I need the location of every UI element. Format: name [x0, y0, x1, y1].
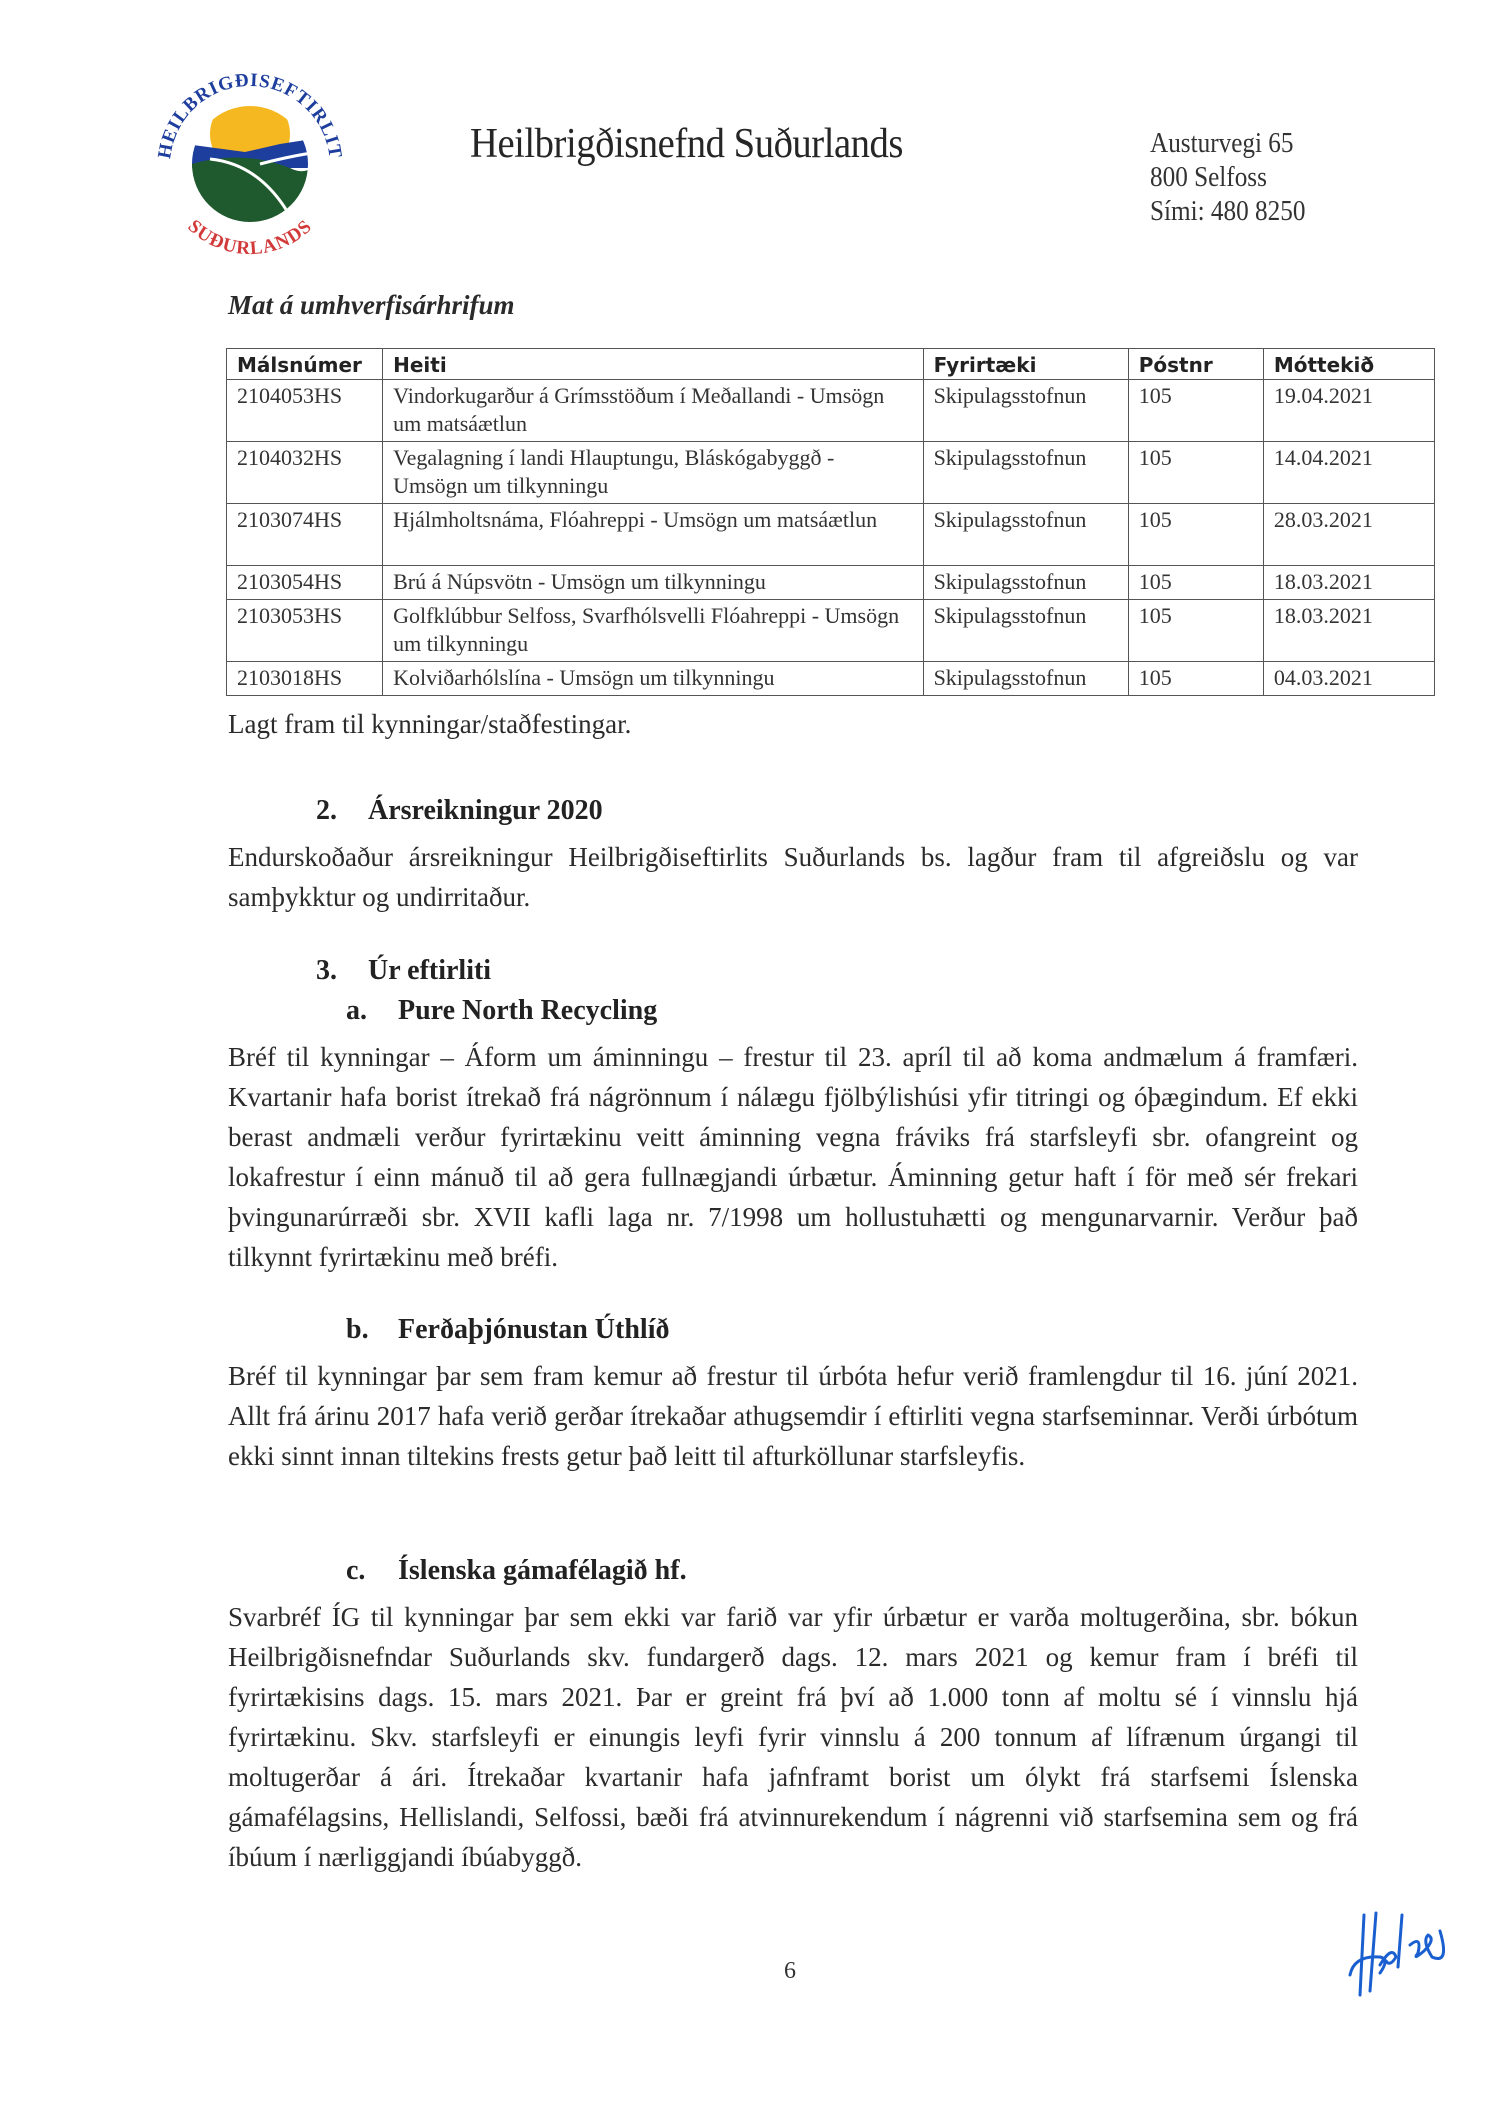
item-2-title: Ársreikningur 2020: [368, 795, 603, 826]
case-title: Golfklúbbur Selfoss, Svarfhólsvelli Flóa…: [383, 600, 923, 662]
item-3c-heading: c.Íslenska gámafélagið hf.: [346, 1555, 687, 1587]
item-3b-body: Bréf til kynningar þar sem fram kemur að…: [228, 1356, 1358, 1476]
case-received-date: 14.04.2021: [1263, 442, 1434, 504]
cases-table: Málsnúmer Heiti Fyrirtæki Póstnr Mótteki…: [226, 348, 1435, 696]
item-2-heading: 2.Ársreikningur 2020: [316, 795, 603, 827]
item-2-body: Endurskoðaður ársreikningur Heilbrigðise…: [228, 837, 1358, 917]
table-note: Lagt fram til kynningar/staðfestingar.: [228, 704, 631, 744]
case-postcode: 105: [1128, 504, 1263, 566]
case-number: 2104053HS: [227, 380, 383, 442]
case-number: 2103074HS: [227, 504, 383, 566]
item-2-number: 2.: [316, 795, 368, 827]
item-3-heading: 3.Úr eftirliti: [316, 955, 491, 987]
item-3a-title: Pure North Recycling: [398, 995, 657, 1026]
item-3a-letter: a.: [346, 995, 398, 1027]
item-3a-heading: a.Pure North Recycling: [346, 995, 657, 1027]
case-received-date: 19.04.2021: [1263, 380, 1434, 442]
table-row: 2104053HS Vindorkugarður á Grímsstöðum í…: [227, 380, 1435, 442]
case-postcode: 105: [1128, 600, 1263, 662]
address-phone: Sími: 480 8250: [1150, 195, 1305, 229]
case-title: Vindorkugarður á Grímsstöðum í Meðalland…: [383, 380, 923, 442]
column-header: Málsnúmer: [227, 349, 383, 380]
item-3b-heading: b.Ferðaþjónustan Úthlíð: [346, 1314, 669, 1346]
case-title: Kolviðarhólslína - Umsögn um tilkynningu: [383, 662, 923, 696]
organization-name: Heilbrigðisnefnd Suðurlands: [470, 120, 903, 168]
column-header: Póstnr: [1128, 349, 1263, 380]
case-title: Vegalagning í landi Hlauptungu, Bláskóga…: [383, 442, 923, 504]
table-row: 2104032HS Vegalagning í landi Hlauptungu…: [227, 442, 1435, 504]
address-street: Austurvegi 65: [1150, 127, 1305, 161]
table-header-row: Málsnúmer Heiti Fyrirtæki Póstnr Mótteki…: [227, 349, 1435, 380]
column-header: Heiti: [383, 349, 923, 380]
page-number: 6: [784, 1958, 796, 1985]
table-row: 2103018HS Kolviðarhólslína - Umsögn um t…: [227, 662, 1435, 696]
case-company: Skipulagsstofnun: [923, 662, 1128, 696]
case-number: 2103053HS: [227, 600, 383, 662]
organization-logo: HEILBRIGÐISEFTIRLIT SUÐURLANDS: [140, 56, 360, 256]
case-received-date: 18.03.2021: [1263, 566, 1434, 600]
case-number: 2103054HS: [227, 566, 383, 600]
column-header: Móttekið: [1263, 349, 1434, 380]
column-header: Fyrirtæki: [923, 349, 1128, 380]
item-3a-body: Bréf til kynningar – Áform um áminningu …: [228, 1037, 1358, 1277]
case-company: Skipulagsstofnun: [923, 566, 1128, 600]
table-row: 2103054HS Brú á Núpsvötn - Umsögn um til…: [227, 566, 1435, 600]
case-company: Skipulagsstofnun: [923, 380, 1128, 442]
case-title: Hjálmholtsnáma, Flóahreppi - Umsögn um m…: [383, 504, 923, 566]
table-row: 2103074HS Hjálmholtsnáma, Flóahreppi - U…: [227, 504, 1435, 566]
case-postcode: 105: [1128, 442, 1263, 504]
case-title: Brú á Núpsvötn - Umsögn um tilkynningu: [383, 566, 923, 600]
item-3-number: 3.: [316, 955, 368, 987]
case-company: Skipulagsstofnun: [923, 442, 1128, 504]
item-3b-title: Ferðaþjónustan Úthlíð: [398, 1314, 669, 1345]
item-3c-letter: c.: [346, 1555, 398, 1587]
table-row: 2103053HS Golfklúbbur Selfoss, Svarfhóls…: [227, 600, 1435, 662]
address-city: 800 Selfoss: [1150, 161, 1305, 195]
address-block: Austurvegi 65 800 Selfoss Sími: 480 8250: [1150, 127, 1305, 229]
case-number: 2104032HS: [227, 442, 383, 504]
item-3c-body: Svarbréf ÍG til kynningar þar sem ekki v…: [228, 1597, 1358, 1877]
case-received-date: 18.03.2021: [1263, 600, 1434, 662]
signature-initials: Helga: [1340, 1895, 1480, 2005]
item-3b-letter: b.: [346, 1314, 398, 1346]
case-company: Skipulagsstofnun: [923, 600, 1128, 662]
case-postcode: 105: [1128, 566, 1263, 600]
case-number: 2103018HS: [227, 662, 383, 696]
item-3c-title: Íslenska gámafélagið hf.: [398, 1555, 687, 1586]
case-postcode: 105: [1128, 380, 1263, 442]
item-3-title: Úr eftirliti: [368, 955, 491, 986]
case-received-date: 04.03.2021: [1263, 662, 1434, 696]
section-heading: Mat á umhverfisárhrifum: [228, 290, 515, 321]
case-postcode: 105: [1128, 662, 1263, 696]
case-received-date: 28.03.2021: [1263, 504, 1434, 566]
case-company: Skipulagsstofnun: [923, 504, 1128, 566]
